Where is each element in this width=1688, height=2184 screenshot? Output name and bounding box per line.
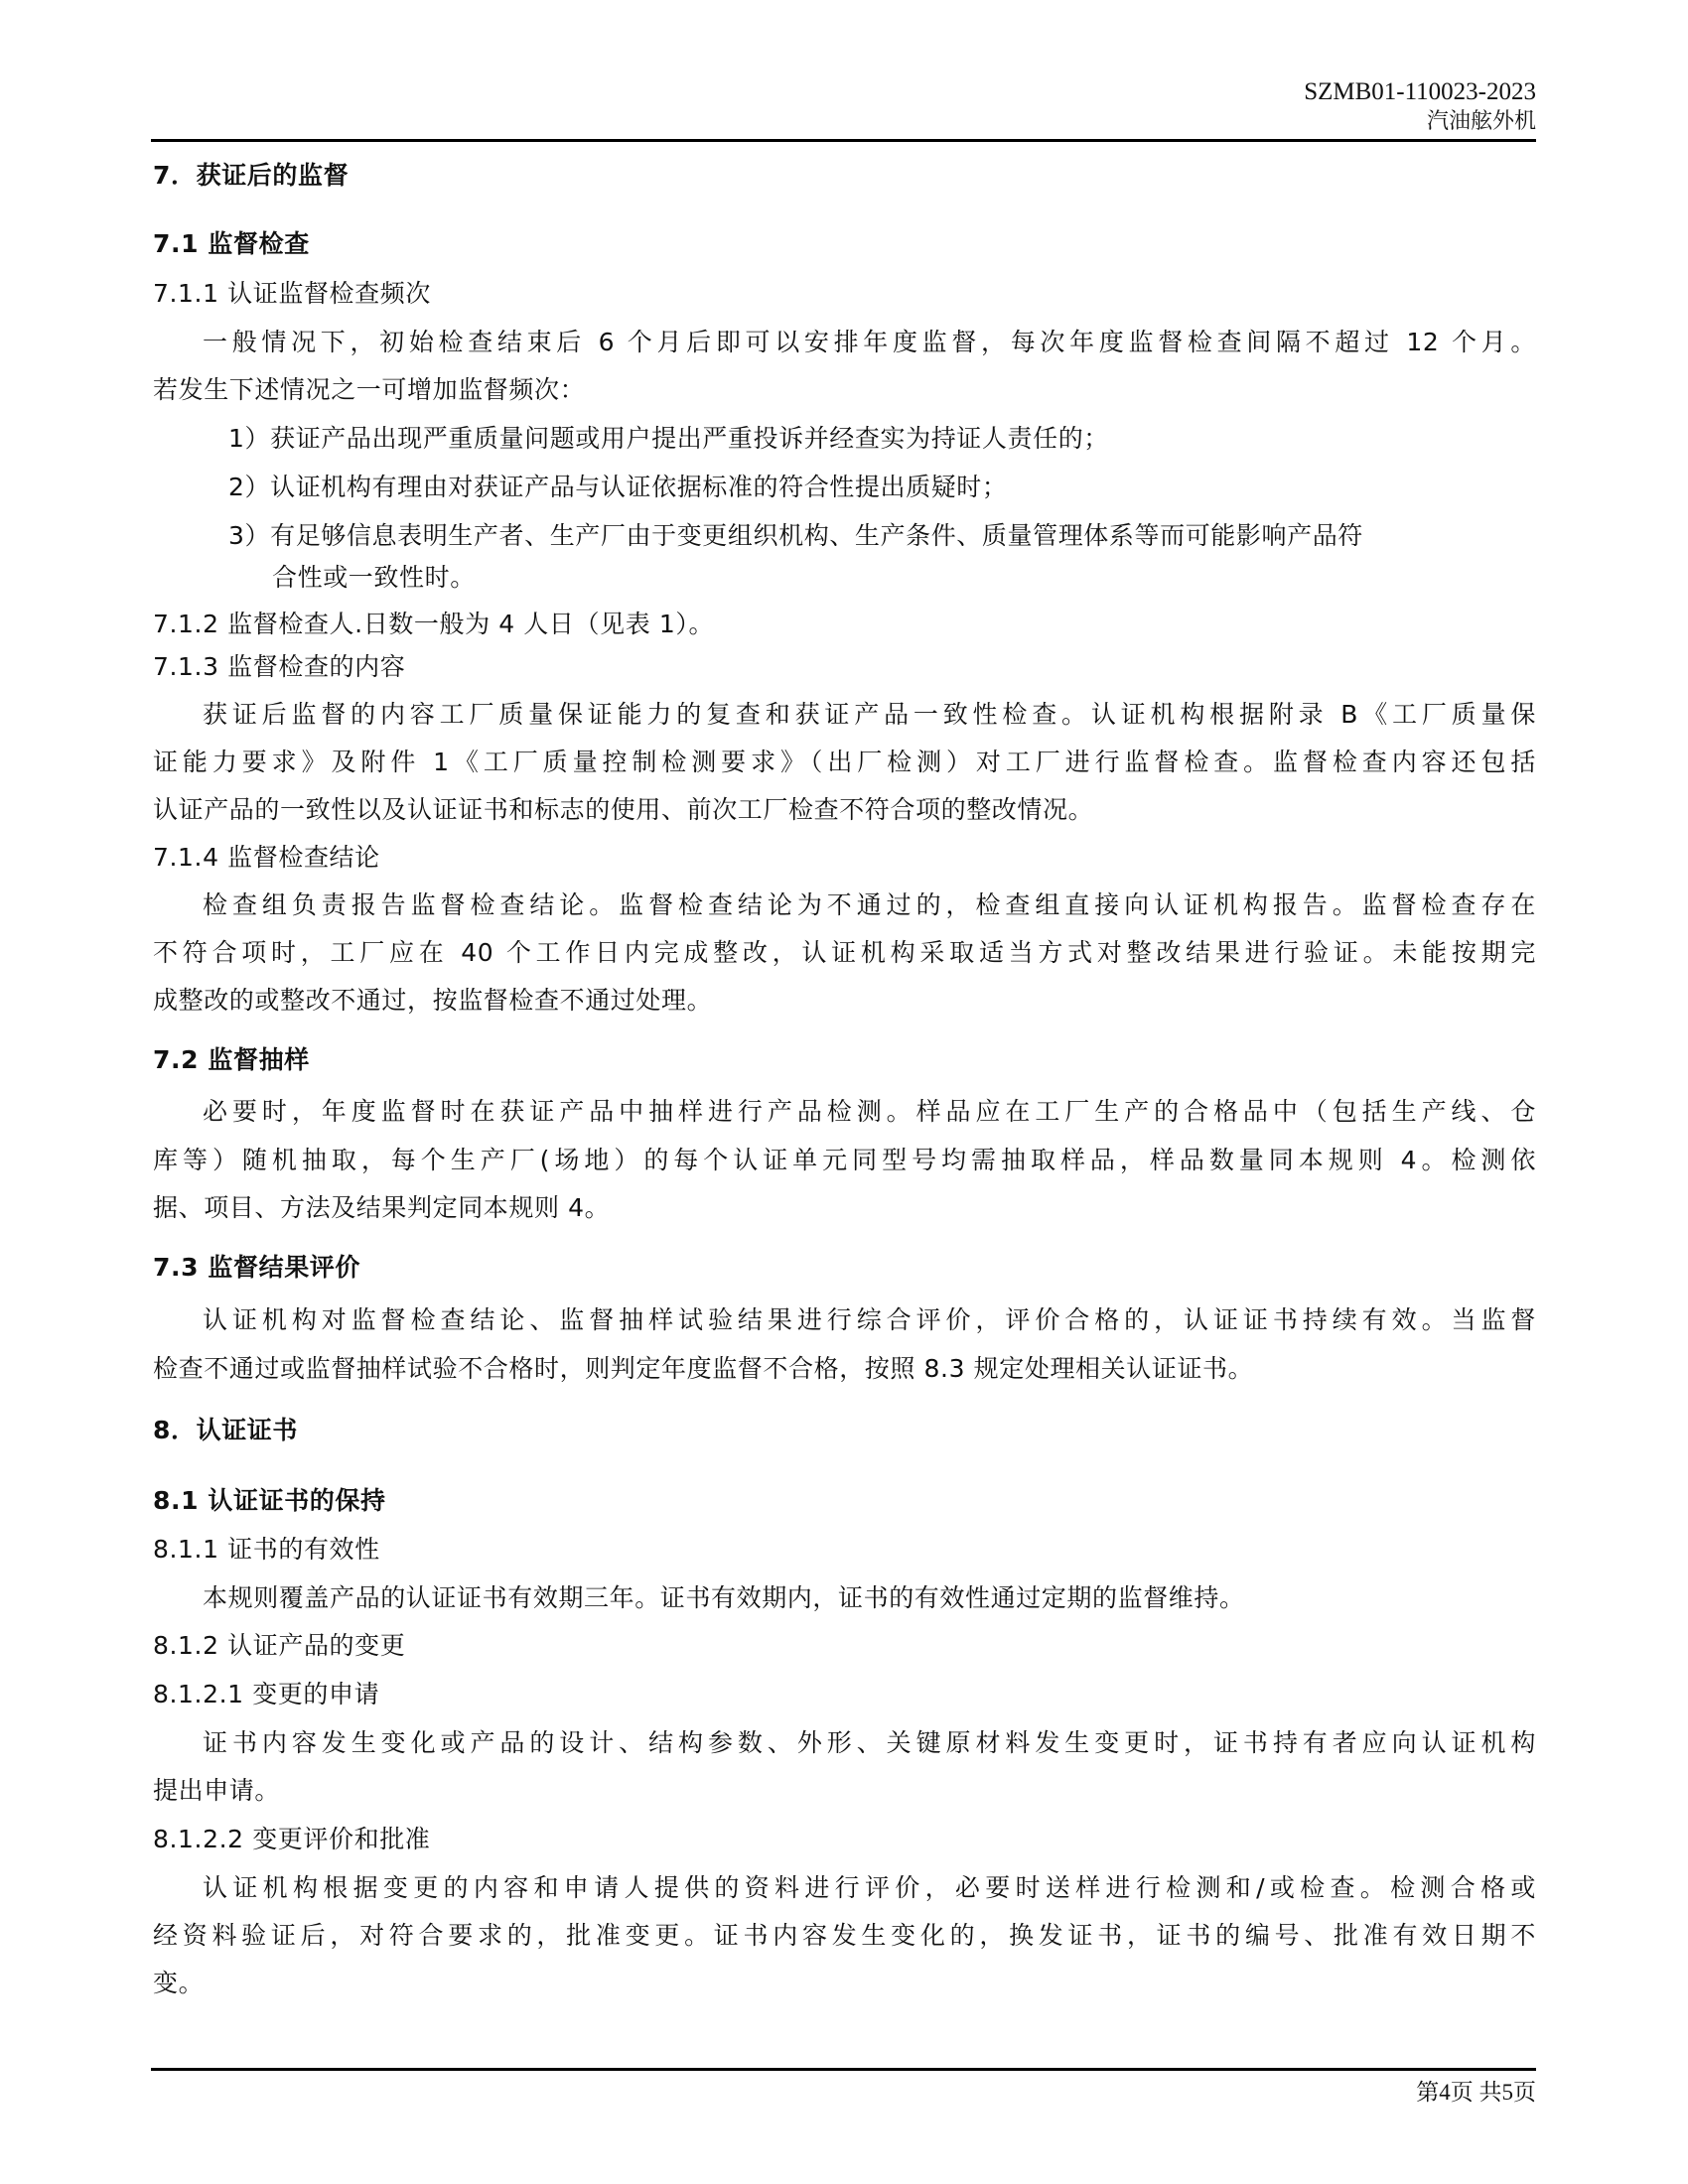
paragraph-line: 提出申请。 <box>153 1774 1536 1808</box>
section-heading-7-3: 7.3 监督结果评价 <box>153 1251 1536 1285</box>
header-divider <box>151 139 1536 142</box>
subsection-heading-8-1-2-1: 8.1.2.1 变更的申请 <box>153 1678 1536 1711</box>
paragraph-line: 必要时，年度监督时在获证产品中抽样进行产品检测。样品应在工厂生产的合格品中（包括… <box>153 1095 1536 1129</box>
paragraph-line: 检查不通过或监督抽样试验不合格时，则判定年度监督不合格，按照 8.3 规定处理相… <box>153 1352 1536 1386</box>
section-heading-7-2: 7.2 监督抽样 <box>153 1043 1536 1077</box>
paragraph-line: 获证后监督的内容工厂质量保证能力的复查和获证产品一致性检查。认证机构根据附录 B… <box>153 698 1536 732</box>
paragraph-line: 证能力要求》及附件 1《工厂质量控制检测要求》（出厂检测）对工厂进行监督检查。监… <box>153 746 1536 779</box>
paragraph-line: 不符合项时，工厂应在 40 个工作日内完成整改，认证机构采取适当方式对整改结果进… <box>153 936 1536 970</box>
paragraph-line: 认证产品的一致性以及认证证书和标志的使用、前次工厂检查不符合项的整改情况。 <box>153 793 1536 827</box>
list-item: 1）获证产品出现严重质量问题或用户提出严重投诉并经查实为持证人责任的； <box>153 422 1536 456</box>
subsection-heading-7-1-3: 7.1.3 监督检查的内容 <box>153 650 1536 684</box>
subsection-heading-8-1-2: 8.1.2 认证产品的变更 <box>153 1629 1536 1663</box>
section-heading-8-1: 8.1 认证证书的保持 <box>153 1484 1536 1518</box>
subsection-heading-7-1-4: 7.1.4 监督检查结论 <box>153 841 1536 875</box>
paragraph-line: 证书内容发生变化或产品的设计、结构参数、外形、关键原材料发生变更时，证书持有者应… <box>153 1726 1536 1760</box>
paragraph: 本规则覆盖产品的认证证书有效期三年。证书有效期内，证书的有效性通过定期的监督维持… <box>153 1581 1536 1615</box>
paragraph-line: 认证机构对监督检查结论、监督抽样试验结果进行综合评价，评价合格的，认证证书持续有… <box>153 1303 1536 1337</box>
section-heading-7: 7．获证后的监督 <box>153 159 1536 193</box>
paragraph: 若发生下述情况之一可增加监督频次： <box>153 373 1536 407</box>
paragraph-line: 检查组负责报告监督检查结论。监督检查结论为不通过的，检查组直接向认证机构报告。监… <box>153 888 1536 922</box>
footer-divider <box>151 2068 1536 2071</box>
subsection-heading-7-1-2: 7.1.2 监督检查人.日数一般为 4 人日（见表 1）。 <box>153 608 1536 641</box>
page-number: 第4页 共5页 <box>1416 2078 1536 2108</box>
subsection-heading-8-1-1: 8.1.1 证书的有效性 <box>153 1533 1536 1567</box>
document-code: SZMB01-110023-2023 <box>1304 77 1536 107</box>
paragraph: 一般情况下，初始检查结束后 6 个月后即可以安排年度监督，每次年度监督检查间隔不… <box>153 326 1536 359</box>
list-item-continuation: 合性或一致性时。 <box>153 561 1536 595</box>
paragraph-line: 认证机构根据变更的内容和申请人提供的资料进行评价，必要时送样进行检测和/或检查。… <box>153 1871 1536 1905</box>
section-heading-8: 8．认证证书 <box>153 1414 1536 1447</box>
list-item: 2）认证机构有理由对获证产品与认证依据标准的符合性提出质疑时； <box>153 471 1536 504</box>
paragraph-line: 变。 <box>153 1967 1536 2000</box>
list-item: 3）有足够信息表明生产者、生产厂由于变更组织机构、生产条件、质量管理体系等而可能… <box>153 519 1536 553</box>
subsection-heading-7-1-1: 7.1.1 认证监督检查频次 <box>153 277 1536 311</box>
paragraph-line: 成整改的或整改不通过，按监督检查不通过处理。 <box>153 984 1536 1018</box>
document-title: 汽油舷外机 <box>1427 107 1536 137</box>
paragraph-line: 据、项目、方法及结果判定同本规则 4。 <box>153 1191 1536 1225</box>
section-heading-7-1: 7.1 监督检查 <box>153 227 1536 261</box>
subsection-heading-8-1-2-2: 8.1.2.2 变更评价和批准 <box>153 1823 1536 1856</box>
paragraph-line: 经资料验证后，对符合要求的，批准变更。证书内容发生变化的，换发证书，证书的编号、… <box>153 1919 1536 1953</box>
paragraph-line: 库等）随机抽取，每个生产厂(场地）的每个认证单元同型号均需抽取样品，样品数量同本… <box>153 1144 1536 1177</box>
